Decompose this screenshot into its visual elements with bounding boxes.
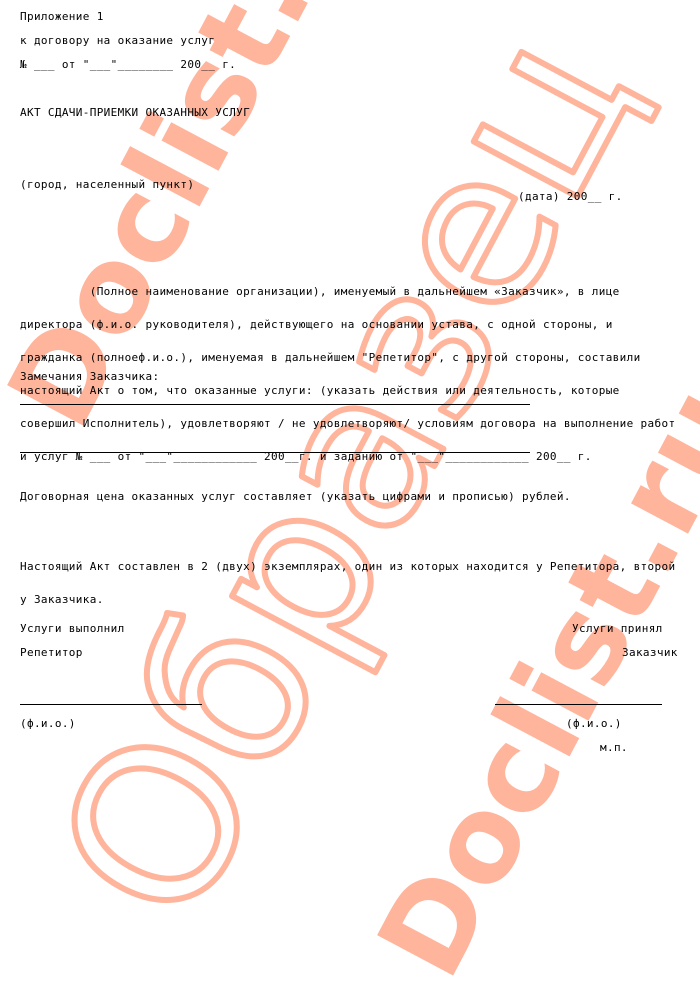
performer-role: Репетитор [20,647,83,658]
customer-role: Заказчик [622,647,678,658]
customer-signature-line[interactable] [495,704,662,705]
remarks-label: Замечания Заказчика: [20,371,159,382]
body-paragraph: (Полное наименование организации), имену… [20,264,680,473]
performer-name-placeholder: (ф.и.о.) [20,718,76,729]
city-placeholder: (город, населенный пункт) [20,179,194,190]
appendix-label: Приложение 1 [20,11,104,22]
remarks-line-1[interactable] [20,404,530,405]
body-line: директора (ф.и.о. руководителя), действу… [20,319,680,330]
document-title: АКТ СДАЧИ-ПРИЕМКИ ОКАЗАННЫХ УСЛУГ [20,107,250,118]
copies-line: Настоящий Акт составлен в 2 (двух) экзем… [20,561,680,572]
copies-statement: Настоящий Акт составлен в 2 (двух) экзем… [20,539,680,616]
svg-text:Образец: Образец [8,0,682,959]
stamp-placeholder: м.п. [600,742,628,753]
performer-signature-line[interactable] [20,704,202,705]
copies-line: у Заказчика. [20,594,680,605]
contract-number-line: № ___ от "___"________ 200__ г. [20,59,236,70]
contract-reference: к договору на оказание услуг [20,35,215,46]
body-line: настоящий Акт о том, что оказанные услуг… [20,385,680,396]
body-line: совершил Исполнитель), удовлетворяют / н… [20,418,680,429]
performer-caption: Услуги выполнил [20,623,125,634]
price-statement: Договорная цена оказанных услуг составля… [20,491,571,502]
date-placeholder: (дата) 200__ г. [518,191,623,202]
remarks-line-2[interactable] [20,452,530,453]
customer-name-placeholder: (ф.и.о.) [566,718,622,729]
body-line: (Полное наименование организации), имену… [20,286,680,297]
body-line: гражданка (полноеф.и.о.), именуемая в да… [20,352,680,363]
watermark-obrazets-outline: Образец [8,0,682,959]
customer-caption: Услуги принял [572,623,663,634]
